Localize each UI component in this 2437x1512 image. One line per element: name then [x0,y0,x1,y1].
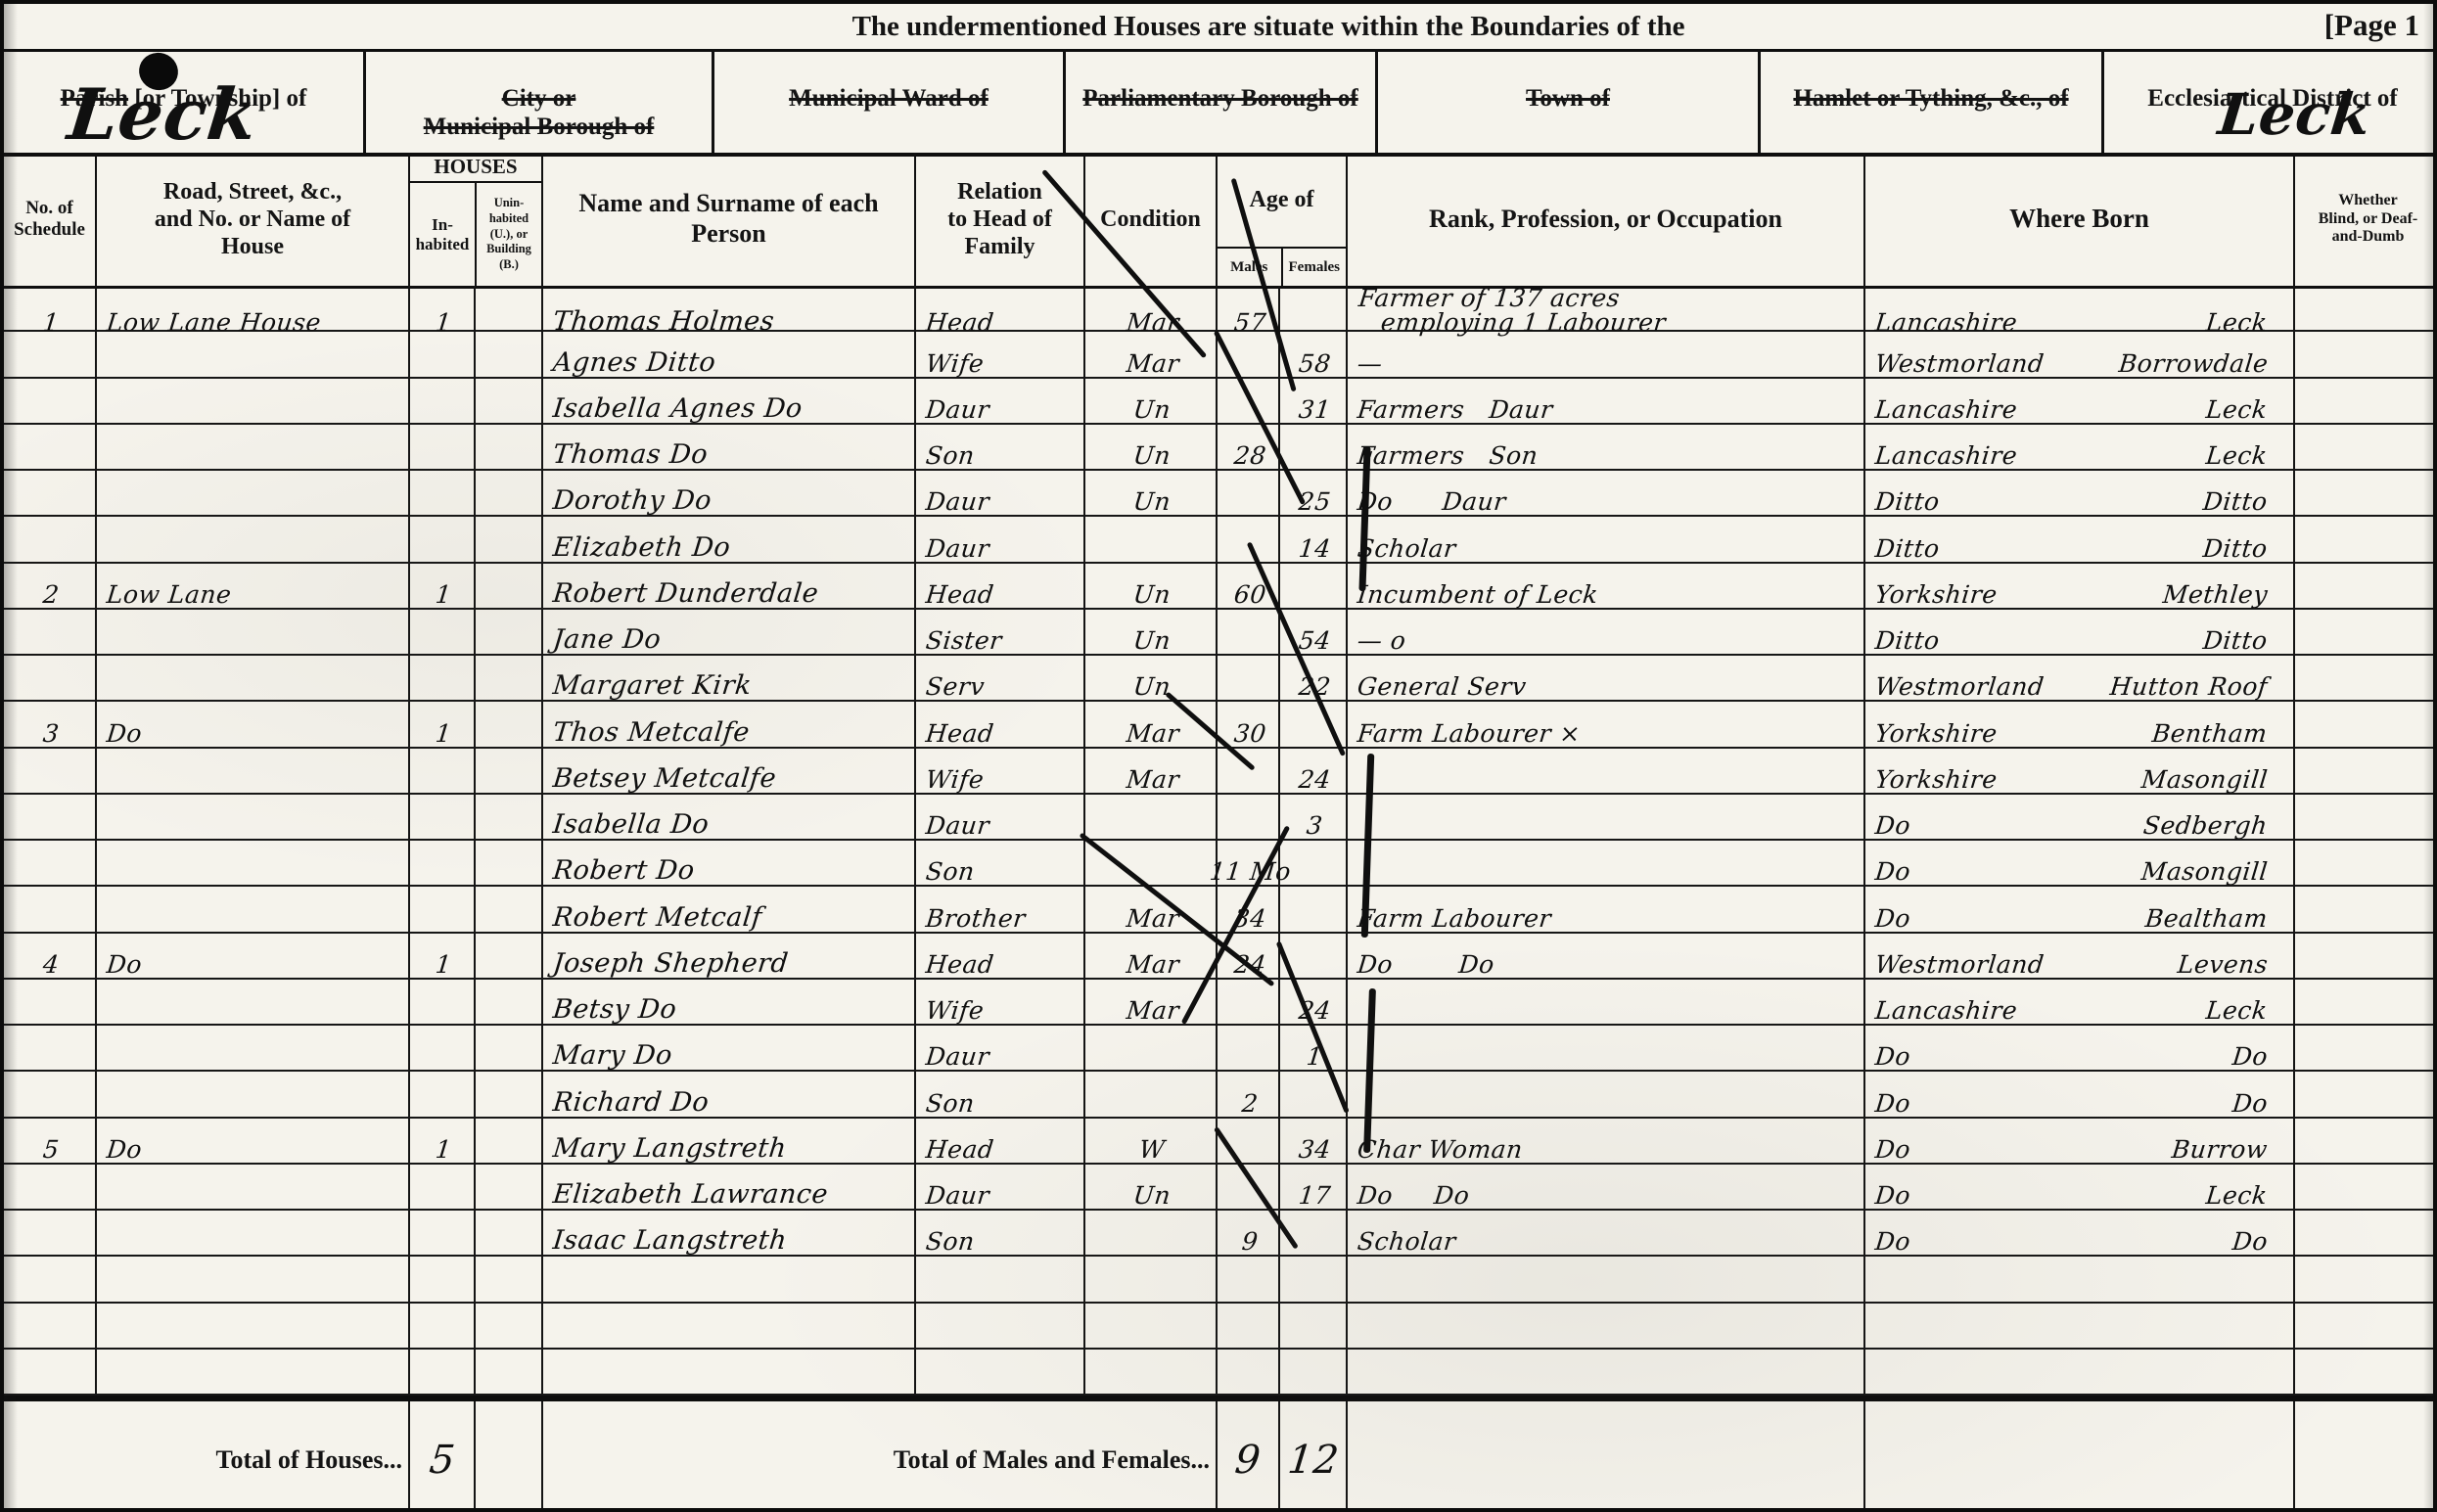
handwritten-entry: 1 [435,1137,453,1162]
cell-infirmity [2295,471,2437,515]
cell-person-name: Isabella Do [543,795,916,839]
cell-age-female: 14 [1280,517,1348,561]
handwritten-entry: Head [925,310,995,335]
born-county: Yorkshire [1874,721,1999,746]
cell-road [97,1304,410,1348]
cell-where-born: LancashireLeck [1865,980,2295,1024]
cell-road [97,841,410,885]
handwritten-entry: Daur [925,813,991,838]
cell-occupation: Do Do [1348,1165,1865,1209]
handwritten-entry: Daur [925,536,991,561]
cell-schedule [4,841,97,885]
cell-uninhabited [476,286,543,336]
cell-occupation: Farmer of 137 acres employing 1 Labourer [1348,286,1865,336]
cell-where-born [1865,1350,2295,1394]
handwritten-entry: Do [106,952,144,977]
cell-infirmity [2295,425,2437,469]
cell-person-name: Thomas Holmes [543,286,916,336]
cell-where-born: DoMasongill [1865,841,2295,885]
page-title: The undermentioned Houses are situate wi… [852,11,1685,43]
cell-road [97,1026,410,1070]
cell-schedule [4,332,97,376]
cell-occupation [1348,795,1865,839]
handwritten-entry: Farmers Son [1356,443,1540,468]
born-county: Do [1874,906,1912,931]
cell-road [97,1072,410,1116]
col-header-uninhabited: Unin- habited (U.), or Building (B.) [477,183,541,286]
cell-occupation: Do Daur [1348,471,1865,515]
handwritten-entry: 1 [435,952,453,977]
cell-condition [1085,517,1218,561]
handwritten-entry: Thomas Holmes [552,308,776,335]
census-table-body: 1Low Lane House1Thomas HolmesHeadMar57Fa… [4,286,2433,1396]
born-place: Leck [2205,1183,2269,1208]
born-county: Do [1874,1183,1912,1208]
cell-inhabited [410,1026,476,1070]
cell-inhabited [410,980,476,1024]
cell-occupation [1348,1072,1865,1116]
handwritten-entry: 1 [435,721,453,746]
cell-person-name: Robert Metcalf [543,887,916,931]
cell-uninhabited [476,1072,543,1116]
handwritten-entry: 14 [1298,536,1332,561]
cell-condition: Un [1085,564,1218,608]
cell-relation: Head [916,564,1085,608]
cell-relation: Head [916,1119,1085,1163]
totals-spacer-4 [2295,1401,2437,1512]
born-place: Leck [2205,310,2269,335]
cell-schedule: 5 [4,1119,97,1163]
handwritten-entry: Head [925,721,995,746]
col-header-road: Road, Street, &c., and No. or Name of Ho… [97,153,410,286]
cell-occupation: — o [1348,610,1865,654]
handwritten-entry: Char Woman [1356,1137,1524,1162]
table-row: Elizabeth DoDaur14ScholarDittoDitto [4,517,2433,563]
cell-schedule [4,471,97,515]
cell-relation: Serv [916,656,1085,700]
cell-person-name: Isaac Langstreth [543,1211,916,1255]
cell-where-born [1865,1257,2295,1301]
hamlet-label: Hamlet or Tything, &c., of [1793,85,2068,112]
handwritten-entry: 2 [1240,1091,1259,1116]
cell-where-born: YorkshireBentham [1865,702,2295,746]
cell-age-female [1280,1211,1348,1255]
cell-infirmity [2295,1350,2437,1394]
cell-relation: Head [916,286,1085,336]
cell-schedule [4,1304,97,1348]
cell-infirmity [2295,1257,2437,1301]
cell-infirmity [2295,286,2437,336]
cell-where-born: DittoDitto [1865,610,2295,654]
cell-where-born: DoSedbergh [1865,795,2295,839]
cell-where-born: DittoDitto [1865,471,2295,515]
cell-where-born: DoBurrow [1865,1119,2295,1163]
cell-occupation [1348,1350,1865,1394]
born-place: Hutton Roof [2109,674,2269,699]
handwritten-entry: Robert Metcalf [552,904,763,931]
handwritten-entry: Un [1132,489,1173,514]
table-row: 1Low Lane House1Thomas HolmesHeadMar57Fa… [4,286,2433,332]
cell-condition: Un [1085,610,1218,654]
cell-person-name: Elizabeth Lawrance [543,1165,916,1209]
handwritten-entry: Do [106,721,144,746]
cell-age-female [1280,1350,1348,1394]
cell-condition: Un [1085,425,1218,469]
district-cell-town: Town of [1378,49,1761,153]
cell-relation: Daur [916,1026,1085,1070]
table-row: Robert MetcalfBrotherMar34Farm LabourerD… [4,887,2433,933]
cell-schedule [4,610,97,654]
cell-age-male: 2 [1218,1072,1280,1116]
handwritten-entry: Margaret Kirk [552,672,754,699]
born-county: Ditto [1874,628,1941,653]
born-county: Yorkshire [1874,582,1999,607]
cell-road: Do [97,702,410,746]
col-header-males: Males [1218,249,1283,286]
cell-where-born: LancashireLeck [1865,286,2295,336]
born-place: Ditto [2202,536,2269,561]
cell-infirmity [2295,1119,2437,1163]
handwritten-entry: Son [925,859,976,884]
col-header-inhabited: In- habited [410,183,477,286]
cell-schedule: 1 [4,286,97,336]
born-county: Westmorland [1874,351,2046,376]
cell-schedule [4,425,97,469]
cell-infirmity [2295,564,2437,608]
cell-schedule [4,1026,97,1070]
cell-uninhabited [476,980,543,1024]
cell-relation: Head [916,934,1085,978]
cell-uninhabited [476,564,543,608]
col-header-schedule: No. of Schedule [4,153,97,286]
cell-uninhabited [476,934,543,978]
born-county: Westmorland [1874,952,2046,977]
cell-occupation [1348,1304,1865,1348]
cell-where-born: DoDo [1865,1211,2295,1255]
handwritten-entry: Mar [1125,721,1180,746]
cell-infirmity [2295,702,2437,746]
handwritten-entry: — [1356,351,1384,376]
district-cell-city: City or Municipal Borough of [366,49,714,153]
cell-infirmity [2295,980,2437,1024]
cell-inhabited [410,1072,476,1116]
cell-relation: Son [916,425,1085,469]
cell-uninhabited [476,887,543,931]
col-header-houses: HOUSES [410,153,541,183]
cell-age-male [1218,517,1280,561]
cell-schedule: 2 [4,564,97,608]
handwritten-entry: 34 [1298,1137,1332,1162]
cell-uninhabited [476,749,543,793]
cell-inhabited [410,332,476,376]
cell-age-male [1218,656,1280,700]
handwritten-entry: 54 [1298,628,1332,653]
total-houses-label: Total of Houses... [4,1401,410,1512]
handwritten-entry: Incumbent of Leck [1356,582,1600,607]
handwritten-entry: Mary Do [552,1042,674,1069]
cell-relation: Daur [916,795,1085,839]
cell-person-name [543,1350,916,1394]
handwritten-entry: W [1138,1137,1167,1162]
table-row: Margaret KirkServUn22General ServWestmor… [4,656,2433,702]
table-row: Isaac LangstrethSon9ScholarDoDo [4,1211,2433,1257]
cell-person-name: Mary Langstreth [543,1119,916,1163]
ecclesiastical-value-handwritten: Leck [2215,82,2373,148]
handwritten-entry: 11 Mo [1208,859,1292,884]
cell-condition [1085,1211,1218,1255]
cell-occupation: Char Woman [1348,1119,1865,1163]
cell-where-born: DoDo [1865,1072,2295,1116]
handwritten-entry: 4 [42,952,61,977]
cell-person-name: Mary Do [543,1026,916,1070]
handwritten-entry: 1 [435,310,453,335]
handwritten-entry: 24 [1298,767,1332,792]
born-place: Do [2231,1091,2270,1116]
cell-uninhabited [476,332,543,376]
table-row: 2Low Lane1Robert DunderdaleHeadUn60Incum… [4,564,2433,610]
cell-age-female [1280,286,1348,336]
col-header-relation: Relation to Head of Family [916,153,1085,286]
cell-condition [1085,1350,1218,1394]
cell-inhabited [410,1257,476,1301]
cell-occupation [1348,1026,1865,1070]
handwritten-entry: Daur [925,1044,991,1069]
handwritten-entry: — o [1356,628,1407,653]
cell-inhabited [410,379,476,423]
cell-infirmity [2295,749,2437,793]
cell-infirmity [2295,934,2437,978]
cell-schedule [4,1350,97,1394]
handwritten-entry: 3 [1306,813,1324,838]
cell-inhabited [410,1350,476,1394]
handwritten-entry: Robert Dunderdale [552,580,820,607]
cell-uninhabited [476,841,543,885]
cell-inhabited: 1 [410,564,476,608]
cell-person-name: Isabella Agnes Do [543,379,916,423]
cell-relation: Brother [916,887,1085,931]
handwritten-entry: Richard Do [552,1089,711,1116]
cell-age-female [1280,425,1348,469]
cell-road [97,471,410,515]
table-row: Elizabeth LawranceDaurUn17Do DoDoLeck [4,1165,2433,1211]
cell-schedule [4,1211,97,1255]
born-county: Do [1874,1091,1912,1116]
cell-infirmity [2295,379,2437,423]
cell-inhabited: 1 [410,702,476,746]
handwritten-entry: 1 [435,582,453,607]
cell-inhabited [410,656,476,700]
cell-schedule [4,887,97,931]
cell-uninhabited [476,425,543,469]
cell-schedule [4,379,97,423]
cell-where-born: LancashireLeck [1865,425,2295,469]
cell-person-name: Elizabeth Do [543,517,916,561]
cell-age-female [1280,564,1348,608]
cell-relation: Daur [916,1165,1085,1209]
born-place: Sedbergh [2142,813,2269,838]
cell-age-female: 17 [1280,1165,1348,1209]
handwritten-entry: Son [925,443,976,468]
table-row: Betsey MetcalfeWifeMar24YorkshireMasongi… [4,749,2433,795]
cell-occupation [1348,749,1865,793]
cell-condition: Mar [1085,980,1218,1024]
col-header-condition: Condition [1085,153,1218,286]
born-place: Methley [2162,582,2270,607]
cell-person-name: Betsy Do [543,980,916,1024]
table-row: Dorothy DoDaurUn25Do DaurDittoDitto [4,471,2433,517]
handwritten-entry: Wife [925,767,986,792]
cell-relation [916,1350,1085,1394]
table-row: Isabella DoDaur3DoSedbergh [4,795,2433,841]
totals-spacer-3 [1865,1401,2295,1512]
cell-age-female: 24 [1280,980,1348,1024]
cell-relation: Daur [916,379,1085,423]
table-row: Thomas DoSonUn28Farmers SonLancashireLec… [4,425,2433,471]
cell-where-born: DoDo [1865,1026,2295,1070]
cell-uninhabited [476,471,543,515]
cell-uninhabited [476,795,543,839]
handwritten-entry: Un [1132,443,1173,468]
handwritten-entry: Mar [1125,998,1180,1023]
cell-infirmity [2295,332,2437,376]
handwritten-entry: Elizabeth Do [552,534,732,561]
handwritten-entry: 60 [1232,582,1266,607]
cell-uninhabited [476,1350,543,1394]
handwritten-entry: Jane Do [552,626,663,653]
cell-age-male [1218,795,1280,839]
born-place: Do [2231,1044,2270,1069]
parliamentary-label: Parliamentary Borough of [1082,85,1357,112]
handwritten-entry: 31 [1298,397,1332,422]
cell-schedule [4,1257,97,1301]
cell-uninhabited [476,1257,543,1301]
cell-inhabited [410,749,476,793]
cell-age-male [1218,610,1280,654]
cell-age-female [1280,1257,1348,1301]
col-header-occupation: Rank, Profession, or Occupation [1348,153,1865,286]
born-place: Ditto [2202,489,2269,514]
handwritten-entry: Son [925,1091,976,1116]
cell-road [97,610,410,654]
cell-road: Do [97,934,410,978]
born-county: Ditto [1874,489,1941,514]
born-county: Do [1874,1137,1912,1162]
cell-where-born: WestmorlandLevens [1865,934,2295,978]
cell-occupation: Farmers Son [1348,425,1865,469]
cell-person-name [543,1257,916,1301]
cell-schedule [4,656,97,700]
district-cell-ecclesiastical: Ecclesiastical District of Leck [2104,49,2437,153]
handwritten-entry: Do Do [1356,1183,1471,1208]
total-houses-value: 5 [427,1438,457,1483]
cell-infirmity [2295,656,2437,700]
table-row: Isabella Agnes DoDaurUn31Farmers DaurLan… [4,379,2433,425]
cell-road [97,1165,410,1209]
cell-uninhabited [476,379,543,423]
handwritten-entry: Sister [925,628,1003,653]
totals-spacer-1 [476,1401,543,1512]
cell-inhabited [410,610,476,654]
cell-inhabited [410,1211,476,1255]
cell-infirmity [2295,517,2437,561]
col-header-houses-group: HOUSES In- habited Unin- habited (U.), o… [410,153,543,286]
handwritten-entry: General Serv [1356,674,1528,699]
cell-uninhabited [476,1304,543,1348]
cell-age-male [1218,471,1280,515]
handwritten-entry: 5 [42,1137,61,1162]
handwritten-entry: Daur [925,489,991,514]
cell-occupation [1348,841,1865,885]
cell-condition: Mar [1085,332,1218,376]
cell-occupation: Scholar [1348,1211,1865,1255]
cell-person-name: Jane Do [543,610,916,654]
cell-age-female [1280,887,1348,931]
cell-uninhabited [476,1211,543,1255]
col-header-age-group: Age of Males Females [1218,153,1348,286]
handwritten-entry: Betsey Metcalfe [552,765,778,792]
handwritten-entry: 30 [1232,721,1266,746]
handwritten-entry: Head [925,1137,995,1162]
cell-occupation: Farm Labourer × [1348,702,1865,746]
cell-infirmity [2295,795,2437,839]
district-cell-parish: Parish [or Township] of Leck [4,49,366,153]
handwritten-entry: Farm Labourer [1356,906,1553,931]
cell-occupation: Farm Labourer [1348,887,1865,931]
handwritten-entry: 9 [1240,1229,1259,1254]
cell-where-born: DoBealtham [1865,887,2295,931]
cell-condition: Un [1085,379,1218,423]
handwritten-entry: Do Daur [1356,489,1507,514]
cell-inhabited [410,795,476,839]
handwritten-entry: Farmer of 137 acres employing 1 Labourer [1355,286,1670,335]
col-header-name: Name and Surname of each Person [543,153,916,286]
cell-person-name: Betsey Metcalfe [543,749,916,793]
handwritten-entry: Wife [925,998,986,1023]
cell-schedule [4,1165,97,1209]
cell-infirmity [2295,1072,2437,1116]
cell-age-female: 34 [1280,1119,1348,1163]
town-label: Town of [1526,85,1610,112]
handwritten-entry: Do [106,1137,144,1162]
handwritten-entry: Scholar [1356,1229,1457,1254]
district-cell-hamlet: Hamlet or Tything, &c., of [1761,49,2104,153]
cell-uninhabited [476,702,543,746]
cell-occupation: — [1348,332,1865,376]
table-row [4,1350,2433,1396]
cell-relation: Son [916,1072,1085,1116]
cell-person-name: Agnes Ditto [543,332,916,376]
title-band: The undermentioned Houses are situate wi… [4,4,2433,52]
cell-road: Low Lane House [97,286,410,336]
cell-person-name: Dorothy Do [543,471,916,515]
cell-age-male [1218,1257,1280,1301]
born-place: Leck [2205,998,2269,1023]
born-county: Yorkshire [1874,767,1999,792]
cell-condition: W [1085,1119,1218,1163]
cell-schedule [4,980,97,1024]
cell-where-born: DittoDitto [1865,517,2295,561]
cell-relation: Wife [916,749,1085,793]
cell-where-born: WestmorlandHutton Roof [1865,656,2295,700]
born-county: Do [1874,813,1912,838]
handwritten-entry: 2 [42,582,61,607]
cell-condition [1085,1257,1218,1301]
cell-inhabited [410,517,476,561]
total-males-value: 9 [1233,1438,1264,1483]
cell-inhabited: 1 [410,1119,476,1163]
cell-relation: Son [916,841,1085,885]
cell-relation [916,1304,1085,1348]
